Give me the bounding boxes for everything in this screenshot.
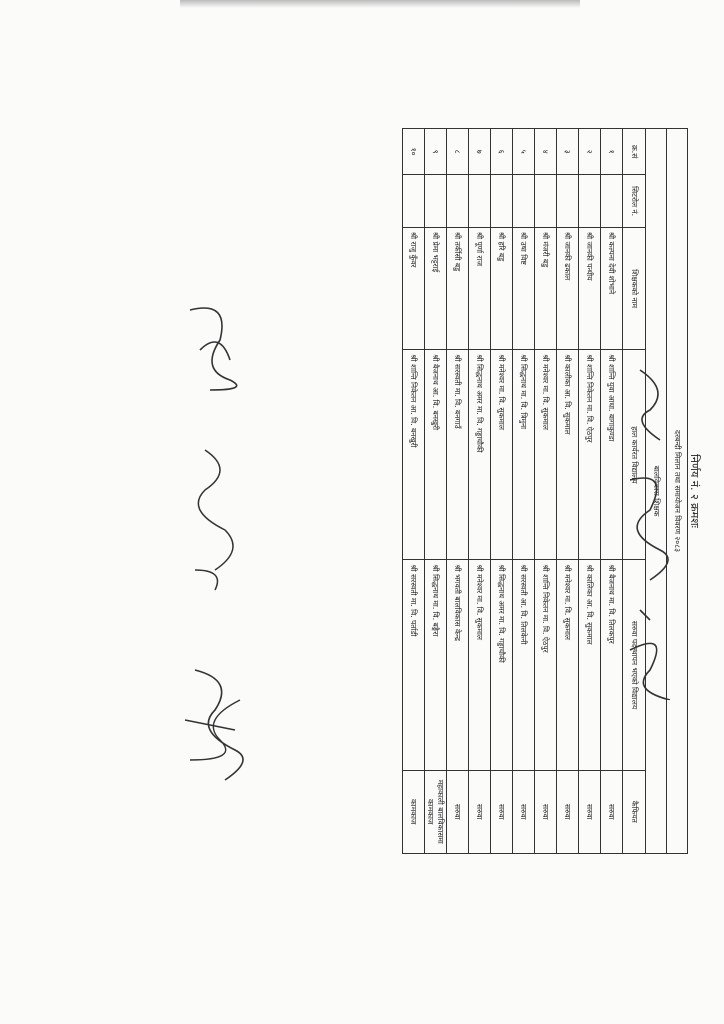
cell-remarks: सरुवा — [601, 770, 623, 853]
header-sn: क्र.सं — [623, 129, 646, 175]
cell-sn: ५ — [513, 129, 535, 175]
table-row: ४श्री मंजरी बडुश्री मनेश्वर मा. वि. सुकम… — [535, 129, 557, 854]
cell-name: श्री पूर्णा राज — [469, 227, 491, 350]
signature-3 — [175, 440, 245, 600]
scan-edge-shadow — [180, 0, 580, 8]
cell-sn: १० — [403, 129, 425, 175]
cell-current-school: श्री मनेश्वर मा. वि. सुकमाल — [491, 350, 513, 560]
cell-siterol — [601, 175, 623, 228]
cell-new-school: श्री मनेश्वर मा. वि. सुकमाल — [469, 560, 491, 770]
cell-name: श्री जानकी ढकाल — [557, 227, 579, 350]
cell-current-school: श्री शान्ति निकेतन मा. वि. ऐठपुर — [579, 350, 601, 560]
cell-siterol — [491, 175, 513, 228]
cell-new-school: श्री शान्ति निकेतन मा. वि. ऐठपुर — [535, 560, 557, 770]
header-remarks: कैफियत — [623, 770, 646, 853]
cell-current-school: श्री बैजनाथ आ. वि. बनखुरी — [425, 350, 447, 560]
table-row: २श्री जानकी पन्थीयश्री शान्ति निकेतन मा.… — [579, 129, 601, 854]
section-title: बालविकास शिक्षक — [652, 466, 661, 517]
header-row: क्र.सं सिटरोल नं. शिक्षकको नाम हाल कार्य… — [623, 129, 646, 854]
cell-sn: ८ — [447, 129, 469, 175]
table-row: ६श्री हरि बडुश्री मनेश्वर मा. वि. सुकमाल… — [491, 129, 513, 854]
cell-current-school: श्री मनेश्वर मा. वि. सुकमाल — [535, 350, 557, 560]
table-row: ३श्री जानकी ढकालश्री कालीका आ. वि. सुकमा… — [557, 129, 579, 854]
cell-sn: ९ — [425, 129, 447, 175]
cell-name: श्री कल्पना देवी शोभाने — [601, 227, 623, 350]
cell-remarks: सरुवा — [579, 770, 601, 853]
table-row: ७श्री पूर्णा राजश्री सिद्धनाथ अमर मा. वि… — [469, 129, 491, 854]
teacher-transfer-table: दरबन्दी मिलान तथा समायोजन विवरण २०८३ बाल… — [402, 128, 688, 854]
cell-remarks: सरुवा — [513, 770, 535, 853]
subtitle: दरबन्दी मिलान तथा समायोजन विवरण २०८३ — [673, 430, 682, 552]
cell-siterol — [513, 175, 535, 228]
cell-sn: ६ — [491, 129, 513, 175]
table-row: १०श्री राजु कुँवरश्री शान्ति निकेतन आ. व… — [403, 129, 425, 854]
cell-siterol — [447, 175, 469, 228]
cell-name: श्री मंजरी बडु — [535, 227, 557, 350]
cell-remarks: सरुवा — [557, 770, 579, 853]
cell-new-school: श्री मनेश्वर मा. वि. सुकमाल — [557, 560, 579, 770]
cell-remarks: सरुवा — [469, 770, 491, 853]
cell-siterol — [557, 175, 579, 228]
cell-name: श्री राजु कुँवर — [403, 227, 425, 350]
cell-current-school: श्री सरस्वती मा. वि. बनगाउँ — [447, 350, 469, 560]
cell-remarks: सरुवा — [491, 770, 513, 853]
cell-siterol — [535, 175, 557, 228]
rotated-document: निर्णय नं. २ क्रमशः दरबन्दी मिलान तथा सम… — [238, 128, 618, 854]
cell-siterol — [469, 175, 491, 228]
table-row: १श्री कल्पना देवी शोभानेश्री शान्ति युवा… — [601, 129, 623, 854]
cell-name: श्री तर्कीसी बडु — [447, 227, 469, 350]
cell-sn: ७ — [469, 129, 491, 175]
cell-current-school: श्री शान्ति निकेतन आ. वि. बनखुरी — [403, 350, 425, 560]
cell-current-school: श्री सिद्धनाथ अमर मा. वि. गड्डाचौकी — [469, 350, 491, 560]
cell-siterol — [425, 175, 447, 228]
cell-remarks: कामकाज — [403, 770, 425, 853]
cell-new-school: श्री कालिका आ. वि. सुकमाल — [579, 560, 601, 770]
cell-new-school: श्री सरस्वती आ. वि. तिलकेनी — [513, 560, 535, 770]
header-new-school: सरुवा पदस्थापन भएको विद्यालय — [623, 560, 646, 770]
scanned-page: निर्णय नं. २ क्रमशः दरबन्दी मिलान तथा सम… — [0, 0, 724, 1024]
cell-remarks: सरुवा — [535, 770, 557, 853]
cell-new-school: श्री सिद्धनाथ अमर मा. वि. गड्डाचौकी — [491, 560, 513, 770]
cell-new-school: श्री सिद्धनाथ मा. वि. बङ्गैरा — [425, 560, 447, 770]
cell-new-school: श्री सरस्वती मा. वि. पर्ताडी — [403, 560, 425, 770]
cell-current-school: श्री शान्ति युवा आधा. बागाकुण्डा — [601, 350, 623, 560]
decision-title: निर्णय नं. २ क्रमशः — [687, 128, 702, 854]
cell-name: श्री प्रेमा भट्टराई — [425, 227, 447, 350]
cell-current-school: श्री कालीका आ. वि. सुकमाल — [557, 350, 579, 560]
cell-name: श्री जानकी पन्थीय — [579, 227, 601, 350]
cell-name: श्री हरि बडु — [491, 227, 513, 350]
cell-name: श्री उषा विष्ट — [513, 227, 535, 350]
cell-new-school: श्री बैजनाथ मा. वि. तिलकपुर — [601, 560, 623, 770]
cell-new-school: श्री भगवती बालविकास केन्द्र — [447, 560, 469, 770]
header-siterol: सिटरोल नं. — [623, 175, 646, 228]
cell-sn: १ — [601, 129, 623, 175]
cell-siterol — [579, 175, 601, 228]
cell-current-school: श्री सिद्धनाथ मा. वि. त्रिमुना — [513, 350, 535, 560]
cell-sn: ४ — [535, 129, 557, 175]
cell-siterol — [403, 175, 425, 228]
cell-remarks: सरुवा — [447, 770, 469, 853]
table-row: ९श्री प्रेमा भट्टराईश्री बैजनाथ आ. वि. ब… — [425, 129, 447, 854]
cell-sn: २ — [579, 129, 601, 175]
table-row: ८श्री तर्कीसी बडुश्री सरस्वती मा. वि. बन… — [447, 129, 469, 854]
section-cell: बालविकास शिक्षक — [646, 129, 667, 854]
header-current-school: हाल कार्यरत विद्यालय — [623, 350, 646, 560]
table-row: ५श्री उषा विष्टश्री सिद्धनाथ मा. वि. त्र… — [513, 129, 535, 854]
cell-remarks: महाकाली बालविकासमा कामकाज — [425, 770, 447, 853]
header-name: शिक्षकको नाम — [623, 227, 646, 350]
subtitle-cell: दरबन्दी मिलान तथा समायोजन विवरण २०८३ — [667, 129, 688, 854]
cell-sn: ३ — [557, 129, 579, 175]
